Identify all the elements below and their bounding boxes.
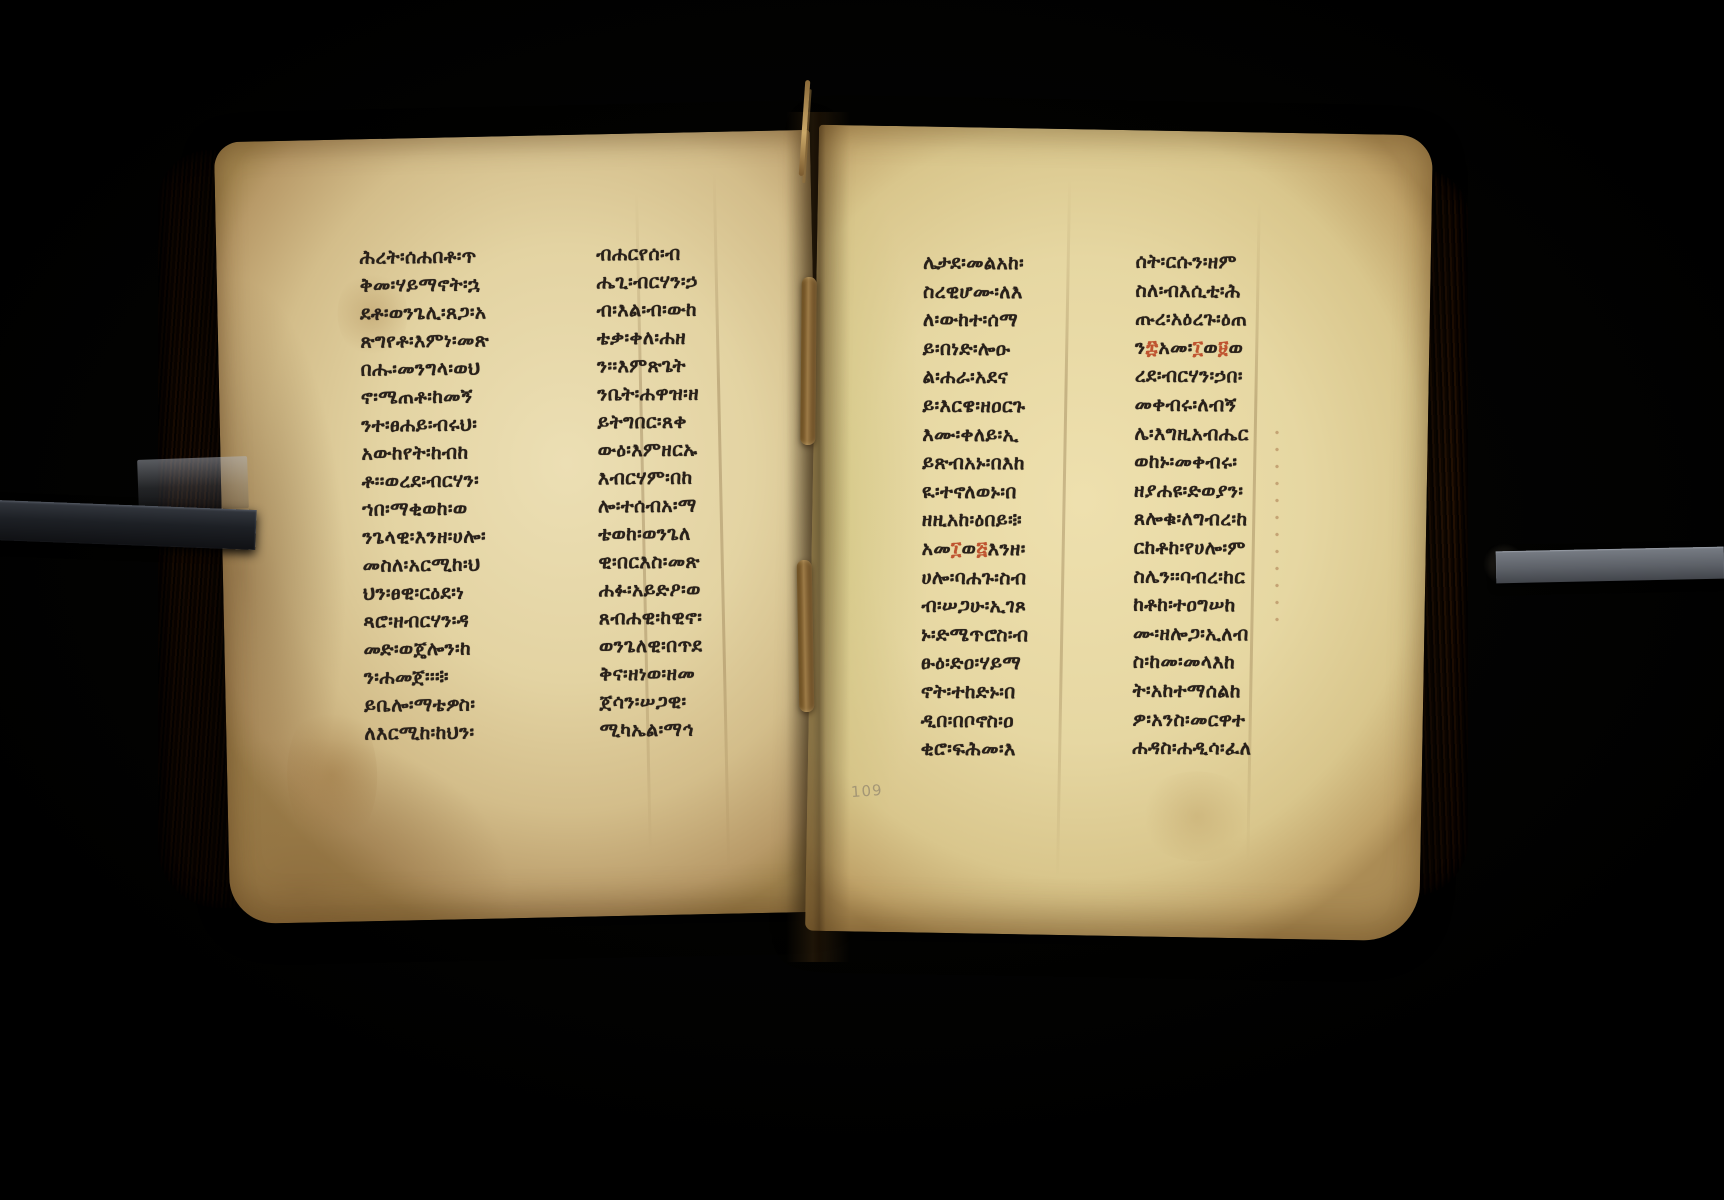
black-ink-text: እብርሃም፡በከ bbox=[598, 467, 693, 490]
red-ink-numeral: ፭ bbox=[976, 538, 988, 560]
manuscript-text-line: ቴወከ፡ወንጌለ bbox=[598, 520, 702, 549]
black-ink-text: ወ bbox=[1203, 337, 1218, 359]
manuscript-text-line: ደቶ፡ወንጌሊ፡ጸጋ፡አ bbox=[360, 298, 489, 327]
red-ink-numeral: ፲ bbox=[951, 538, 962, 560]
black-ink-text: ወንጌለዊ፡በጥደ bbox=[599, 635, 703, 658]
black-ink-text: ስለ፡ብእሲቲ፡ሕ bbox=[1135, 279, 1241, 302]
manuscript-text-line: ጸሎቁ፡ለግብረ፡ከ bbox=[1134, 505, 1253, 534]
manuscript-text-line: ለእርሚከ፡ከህን፡ bbox=[364, 718, 493, 747]
black-ink-text: ጡረ፡አዕረጉ፡ዕጠ bbox=[1135, 308, 1247, 331]
gutter-binding-strip-lower bbox=[797, 560, 815, 712]
manuscript-text-line: አመ፲ወ፭እንዘ፡ bbox=[922, 535, 1029, 564]
manuscript-text-line: ይ፡እርዌ፡ዘዐርጉ bbox=[922, 392, 1029, 421]
black-ink-text: ዪ፡ተኖለወኑ፡በ bbox=[922, 480, 1017, 502]
black-ink-text: ስ፡ከመ፡መላእከ bbox=[1133, 651, 1235, 674]
black-ink-text: ል፡ሐራ፡አደና bbox=[923, 366, 1009, 388]
black-ink-text: ወ bbox=[962, 538, 977, 560]
black-ink-text: አመ፡ bbox=[1158, 337, 1192, 359]
black-ink-text: ኀበ፡ማቂወከ፡ወ bbox=[362, 498, 468, 521]
black-ink-text: ለ፡ውከተ፡ሰማ bbox=[923, 309, 1018, 331]
black-ink-text: ቴቃ፡ቀለ፡ሐዘ bbox=[597, 327, 686, 350]
manuscript-text-line: ብ፡እል፡ብ፡ውከ bbox=[597, 296, 701, 325]
manuscript-text-line: ዪ፡ተኖለወኑ፡በ bbox=[922, 477, 1029, 506]
black-ink-text: ሚካኤል፡ማኅ bbox=[600, 719, 694, 742]
black-ink-text: ቅና፡ዘነወ፡ዘመ bbox=[599, 663, 695, 686]
manuscript-text-line: ከቶከ፡ተዐግሠከ bbox=[1133, 591, 1252, 620]
manuscript-text-line: ብሐርየሰ፡ብ bbox=[596, 240, 700, 269]
black-ink-text: ቂሮ፡ፍሕመ፡እ bbox=[921, 738, 1016, 760]
manuscript-text-line: ህን፡ፀዊ፡ርዕደ፡ነ bbox=[363, 578, 492, 607]
text-column-left-a: ሕረት፡ሰሐበቶ፡ጥቅመ፡ሃይማኖት፡ኋደቶ፡ወንጌሊ፡ጸጋ፡አጽግየቶ፡እምነ… bbox=[359, 242, 493, 747]
text-column-right-a: ሌታደ፡መልአከ፡ስረዊሆሙ፡ለእለ፡ውከተ፡ሰማይ፡በነድ፡ሎዑል፡ሐራ፡አደ… bbox=[921, 249, 1031, 766]
black-ink-text: ይ፡እርዌ፡ዘዐርጉ bbox=[922, 395, 1025, 418]
manuscript-text-line: አውከየት፡ከብከ bbox=[361, 438, 490, 467]
black-ink-text: ንተ፡ፀሐይ፡ብሩህ፡ bbox=[361, 413, 477, 436]
black-ink-text: ፁዕ፡ድዐ፡ሃይማ bbox=[921, 652, 1021, 675]
black-ink-text: ሐዳስ፡ሐዲሳ፡ፈለ bbox=[1132, 737, 1251, 760]
black-ink-text: ይቤሎ፡ማቴዎስ፡ bbox=[364, 693, 475, 716]
manuscript-text-line: ጡረ፡አዕረጉ፡ዕጠ bbox=[1135, 305, 1254, 334]
pencil-folio-number: 109 bbox=[850, 781, 883, 801]
black-ink-text: ዘዚአከ፡ዕበይ፨ bbox=[922, 509, 1022, 532]
manuscript-text-line: ጀሳን፡ሠጋዊ፡ bbox=[599, 688, 703, 717]
manuscript-text-line: ዲበ፡በቦኖስ፡ዐ bbox=[921, 706, 1028, 735]
manuscript-text-line: ል፡ሐራ፡አደና bbox=[923, 363, 1030, 392]
manuscript-text-line: ን፡ሐመጀ፡፡፨ bbox=[364, 662, 493, 691]
black-ink-text: ጸሎቁ፡ለግብረ፡ከ bbox=[1134, 508, 1248, 531]
manuscript-text-line: ወከኑ፡መቀብሩ፡ bbox=[1134, 448, 1253, 477]
manuscript-text-line: ኀበ፡ማቂወከ፡ወ bbox=[362, 494, 491, 523]
black-ink-text: ጸብሐዊ፡ከዊኖ፡ bbox=[599, 607, 703, 630]
manuscript-text-line: ኑ፡ድሜጥሮስ፡ብ bbox=[921, 620, 1028, 649]
black-ink-text: ብ፡እል፡ብ፡ውከ bbox=[597, 299, 697, 322]
manuscript-text-line: መድ፡ወጄሎን፡ከ bbox=[363, 634, 492, 663]
black-ink-text: እንዘ፡ bbox=[988, 538, 1026, 560]
black-ink-text: መድ፡ወጄሎን፡ከ bbox=[364, 638, 472, 661]
black-ink-text: ኖ፡ሜጠቶ፡ከመኝ bbox=[361, 386, 473, 409]
manuscript-text-line: ቅመ፡ሃይማኖት፡ኋ bbox=[360, 270, 489, 299]
gutter-binding-strip-upper bbox=[800, 277, 816, 445]
manuscript-text-line: ሐፉ፡አይድዖ፡ወ bbox=[599, 576, 703, 605]
parchment-crease bbox=[713, 172, 731, 872]
manuscript-text-line: ስለ፡ብእሲቲ፡ሕ bbox=[1135, 276, 1254, 305]
manuscript-text-line: ርከቶከ፡የሀሎ፡ም bbox=[1134, 534, 1253, 563]
black-ink-text: ቶ፡፡ወረደ፡ብርሃን፡ bbox=[362, 469, 479, 492]
black-ink-text: ደቶ፡ወንጌሊ፡ጸጋ፡አ bbox=[360, 301, 487, 324]
manuscript-text-line: በሑ፡መንግላ፡ወህ bbox=[361, 354, 490, 383]
black-ink-text: ይትግበር፡ጸቀ bbox=[597, 411, 686, 434]
black-ink-text: ውዕ፡እምዘርኡ bbox=[598, 439, 698, 462]
red-ink-numeral: ፰ bbox=[1145, 336, 1158, 358]
black-ink-text: ይጽብአኑ፡በእከ bbox=[922, 452, 1025, 475]
manuscript-text-line: ቶ፡፡ወረደ፡ብርሃን፡ bbox=[362, 466, 491, 495]
right-page-parchment bbox=[805, 125, 1433, 942]
black-ink-text: ስረዊሆሙ፡ለእ bbox=[923, 280, 1023, 303]
manuscript-text-line: መስለ፡አርሚከ፡ህ bbox=[363, 550, 492, 579]
black-ink-text: ቴወከ፡ወንጌለ bbox=[598, 523, 691, 546]
manuscript-text-line: ጸብሐዊ፡ከዊኖ፡ bbox=[599, 604, 703, 633]
black-ink-text: ቅመ፡ሃይማኖት፡ኋ bbox=[360, 273, 481, 296]
black-ink-text: ሰት፡ርሱን፡ዘም bbox=[1136, 251, 1237, 274]
manuscript-text-line: ፁዕ፡ድዐ፡ሃይማ bbox=[921, 649, 1028, 678]
black-ink-text: አውከየት፡ከብከ bbox=[361, 442, 468, 465]
manuscript-text-line: ዘያሐዩ፡ድወያን፡ bbox=[1134, 476, 1253, 505]
manuscript-text-line: ስሌን፡፡ባብረ፡ከር bbox=[1133, 562, 1252, 591]
left-ribbon-sheen bbox=[137, 456, 249, 512]
red-ink-numeral: ፱ bbox=[1218, 337, 1229, 359]
manuscript-text-line: ሐዳስ፡ሐዲሳ፡ፈለ bbox=[1132, 734, 1251, 763]
open-manuscript-book bbox=[150, 92, 1468, 964]
black-ink-text: ዲበ፡በቦኖስ፡ዐ bbox=[921, 709, 1014, 731]
manuscript-text-line: ጻሮ፡ዘብርሃን፡ዳ bbox=[363, 606, 492, 635]
manuscript-text-line: ቂሮ፡ፍሕመ፡እ bbox=[921, 735, 1028, 764]
black-ink-text: ሌ፡እግዚአብሔር bbox=[1134, 422, 1248, 445]
black-ink-text: ረደ፡ብርሃን፡ኃበ፡ bbox=[1135, 365, 1243, 388]
manuscript-text-line: ሔጊ፡ብርሃን፡ኃ bbox=[596, 268, 700, 297]
black-ink-text: ኖት፡ተከድኑ፡በ bbox=[921, 681, 1016, 703]
black-ink-text: ህን፡ፀዊ፡ርዕደ፡ነ bbox=[363, 582, 464, 605]
black-ink-text: ሐፉ፡አይድዖ፡ወ bbox=[599, 579, 701, 602]
manuscript-text-line: ሎ፡ተሰብአ፡ማ bbox=[598, 492, 702, 521]
manuscript-text-line: እብርሃም፡በከ bbox=[598, 464, 702, 493]
parchment-crease bbox=[1056, 179, 1071, 879]
manuscript-text-line: ይጽብአኑ፡በእከ bbox=[922, 449, 1029, 478]
black-ink-text: ለእርሚከ፡ከህን፡ bbox=[364, 722, 474, 745]
manuscript-text-line: እሙ፡ቀለይ፡ኢ bbox=[922, 420, 1029, 449]
black-ink-text: በሑ፡መንግላ፡ወህ bbox=[361, 357, 481, 380]
black-ink-text: ይ፡በነድ፡ሎዑ bbox=[923, 338, 1011, 360]
black-ink-text: ርከቶከ፡የሀሎ፡ም bbox=[1134, 537, 1246, 560]
photo-black-background: ሕረት፡ሰሐበቶ፡ጥቅመ፡ሃይማኖት፡ኋደቶ፡ወንጌሊ፡ጸጋ፡አጽግየቶ፡እምነ… bbox=[0, 0, 1724, 1200]
manuscript-text-line: ሀሎ፡ባሐጉ፡ስብ bbox=[922, 563, 1029, 592]
manuscript-text-line: ሚካኤል፡ማኅ bbox=[600, 716, 704, 745]
black-ink-text: ሀሎ፡ባሐጉ፡ስብ bbox=[922, 566, 1027, 589]
manuscript-text-line: ስረዊሆሙ፡ለእ bbox=[923, 277, 1030, 306]
manuscript-text-line: ኖት፡ተከድኑ፡በ bbox=[921, 678, 1028, 707]
manuscript-text-line: ኖ፡ሜጠቶ፡ከመኝ bbox=[361, 382, 490, 411]
manuscript-text-line: ቅና፡ዘነወ፡ዘመ bbox=[599, 660, 703, 689]
black-ink-text: ንጌላዊ፡እንዘ፡ሀሎ፡ bbox=[362, 525, 486, 548]
manuscript-text-line: ዊ፡በርእስ፡መጽ bbox=[598, 548, 702, 577]
black-ink-text: ንቤት፡ሐዋዝ፡ዘ bbox=[597, 383, 699, 406]
manuscript-text-line: መቀብሩ፡ለብኝ bbox=[1135, 391, 1254, 420]
black-ink-text: ወከኑ፡መቀብሩ፡ bbox=[1134, 451, 1237, 474]
manuscript-text-line: ሙ፡ዘሎጋ፡ኢለብ bbox=[1133, 619, 1252, 648]
manuscript-text-line: ሕረት፡ሰሐበቶ፡ጥ bbox=[359, 242, 488, 271]
black-ink-text: ጻሮ፡ዘብርሃን፡ዳ bbox=[363, 610, 469, 633]
black-ink-text: እሙ፡ቀለይ፡ኢ bbox=[922, 423, 1019, 446]
book-gutter-shadow bbox=[786, 112, 850, 962]
black-ink-text: ዊ፡በርእስ፡መጽ bbox=[598, 551, 700, 574]
manuscript-text-line: ዎ፡አንስ፡መርዋተ bbox=[1132, 705, 1251, 734]
manuscript-text-line: ብ፡ሠጋሁ፡ኢገጾ bbox=[921, 592, 1028, 621]
left-page-parchment bbox=[214, 130, 826, 924]
manuscript-text-line: ጽግየቶ፡እምነ፡መጽ bbox=[360, 326, 489, 355]
black-ink-text: ዘያሐዩ፡ድወያን፡ bbox=[1134, 479, 1243, 502]
manuscript-text-line: ንተ፡ፀሐይ፡ብሩህ፡ bbox=[361, 410, 490, 439]
manuscript-text-line: ወንጌለዊ፡በጥደ bbox=[599, 632, 703, 661]
manuscript-text-line: ለ፡ውከተ፡ሰማ bbox=[923, 306, 1030, 335]
black-ink-text: ብ፡ሠጋሁ፡ኢገጾ bbox=[921, 595, 1026, 618]
manuscript-text-line: ሌ፡እግዚአብሔር bbox=[1134, 419, 1253, 448]
black-ink-text: ኑ፡ድሜጥሮስ፡ብ bbox=[921, 623, 1028, 646]
black-ink-text: ት፡አከተማሰልከ bbox=[1133, 679, 1241, 702]
manuscript-text-line: ት፡አከተማሰልከ bbox=[1133, 676, 1252, 705]
black-ink-text: አመ bbox=[922, 538, 951, 560]
manuscript-text-line: ይ፡በነድ፡ሎዑ bbox=[923, 335, 1030, 364]
black-ink-text: ብሐርየሰ፡ብ bbox=[596, 243, 681, 266]
red-ink-numeral: ፲ bbox=[1193, 337, 1204, 359]
manuscript-text-line: ይትግበር፡ጸቀ bbox=[597, 408, 701, 437]
margin-pricking-dots bbox=[1272, 424, 1282, 634]
black-ink-text: ጀሳን፡ሠጋዊ፡ bbox=[599, 691, 686, 714]
manuscript-text-line: ሰት፡ርሱን፡ዘም bbox=[1136, 248, 1255, 277]
manuscript-text-line: ንጌላዊ፡እንዘ፡ሀሎ፡ bbox=[362, 522, 491, 551]
black-ink-text: ሌታደ፡መልአከ፡ bbox=[923, 252, 1024, 275]
black-ink-text: ዎ፡አንስ፡መርዋተ bbox=[1132, 708, 1245, 731]
black-ink-text: ከቶከ፡ተዐግሠከ bbox=[1133, 594, 1236, 617]
manuscript-text-line: ን፰አመ፡፲ወ፱ወ bbox=[1135, 333, 1254, 362]
black-ink-text: ሕረት፡ሰሐበቶ፡ጥ bbox=[359, 245, 476, 268]
text-column-right-b: ሰት፡ርሱን፡ዘምስለ፡ብእሲቲ፡ሕጡረ፡አዕረጉ፡ዕጠን፰አመ፡፲ወ፱ወረደ፡… bbox=[1132, 248, 1255, 764]
right-bookmark-ribbon bbox=[1496, 547, 1724, 584]
black-ink-text: ን፡ሐመጀ፡፡፨ bbox=[364, 666, 449, 689]
black-ink-text: ወ bbox=[1229, 337, 1244, 359]
manuscript-text-line: ሌታደ፡መልአከ፡ bbox=[923, 249, 1030, 278]
black-ink-text: ጽግየቶ፡እምነ፡መጽ bbox=[360, 329, 489, 352]
text-column-left-b: ብሐርየሰ፡ብሔጊ፡ብርሃን፡ኃብ፡እል፡ብ፡ውከቴቃ፡ቀለ፡ሐዘን፡፡እምጽጌ… bbox=[596, 240, 703, 745]
manuscript-text-line: ይቤሎ፡ማቴዎስ፡ bbox=[364, 690, 493, 719]
manuscript-text-line: ረደ፡ብርሃን፡ኃበ፡ bbox=[1135, 362, 1254, 391]
manuscript-text-line: ዘዚአከ፡ዕበይ፨ bbox=[922, 506, 1029, 535]
black-ink-text: ሙ፡ዘሎጋ፡ኢለብ bbox=[1133, 622, 1249, 645]
black-ink-text: መስለ፡አርሚከ፡ህ bbox=[363, 553, 481, 576]
manuscript-text-line: ውዕ፡እምዘርኡ bbox=[598, 436, 702, 465]
black-ink-text: መቀብሩ፡ለብኝ bbox=[1135, 394, 1237, 417]
black-ink-text: ሔጊ፡ብርሃን፡ኃ bbox=[596, 271, 697, 294]
black-ink-text: ሎ፡ተሰብአ፡ማ bbox=[598, 495, 697, 518]
black-ink-text: ስሌን፡፡ባብረ፡ከር bbox=[1133, 565, 1245, 588]
manuscript-text-line: ቴቃ፡ቀለ፡ሐዘ bbox=[597, 324, 701, 353]
manuscript-text-line: ስ፡ከመ፡መላእከ bbox=[1133, 648, 1252, 677]
manuscript-text-line: ንቤት፡ሐዋዝ፡ዘ bbox=[597, 380, 701, 409]
manuscript-text-line: ን፡፡እምጽጌት bbox=[597, 352, 701, 381]
black-ink-text: ን፡፡እምጽጌት bbox=[597, 355, 686, 378]
parchment-stain bbox=[1136, 770, 1258, 862]
